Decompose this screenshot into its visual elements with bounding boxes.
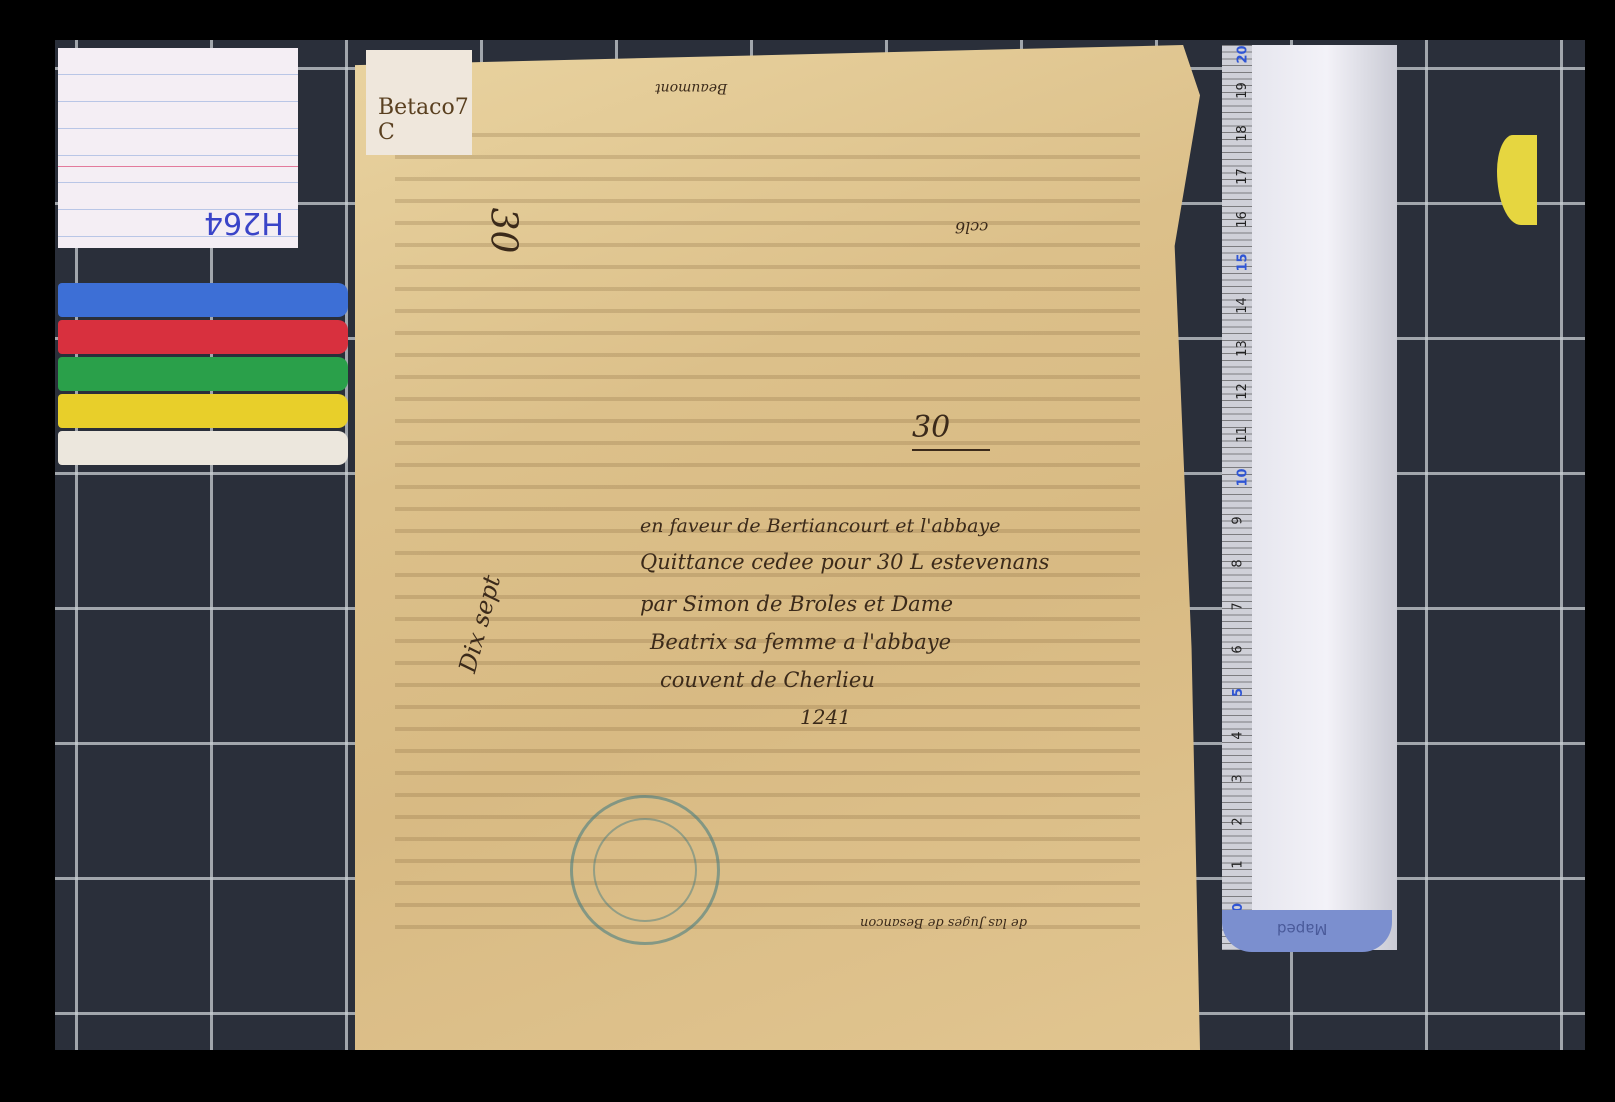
color-bar-blue: [58, 283, 348, 317]
ruler-label-15: 15: [1236, 253, 1251, 271]
ruler-label-18: 18: [1235, 125, 1250, 142]
ruler-label-13: 13: [1235, 340, 1250, 357]
ruler-brand: Maped: [1277, 920, 1327, 938]
bottom-note: de las Juges de Besancon: [860, 915, 1027, 930]
note-line-5: couvent de Cherlieu: [660, 668, 875, 692]
ruler-label-2: 2: [1231, 817, 1246, 825]
ruler-label-8: 8: [1231, 559, 1246, 567]
ruler-label-9: 9: [1231, 516, 1246, 524]
color-bar-white: [58, 431, 348, 465]
note-line-3: par Simon de Broles et Dame: [640, 592, 953, 616]
number-mark: 30: [912, 410, 990, 451]
year: 1241: [800, 705, 851, 729]
ruler-label-12: 12: [1235, 383, 1250, 400]
parchment-charter: [355, 45, 1200, 1050]
ruler: 0 1 2 3 4 5 6 7 8 9 10 11 12 13 14 15 16…: [1222, 45, 1397, 950]
archive-stamp: [570, 795, 720, 945]
color-bar-green: [58, 357, 348, 391]
ruler-label-11: 11: [1235, 426, 1250, 443]
ruler-label-3: 3: [1231, 774, 1246, 782]
index-card: H264: [58, 48, 298, 248]
card-margin-line: [58, 166, 298, 167]
ruler-label-6: 6: [1231, 645, 1246, 653]
archive-label-tag: Betaco7 C: [366, 50, 472, 155]
ruler-label-20: 20: [1236, 45, 1251, 63]
note-line-2: Quittance cedee pour 30 L estevenans: [640, 550, 1049, 574]
ruler-label-10: 10: [1236, 468, 1251, 486]
upper-right-note: ccl6: [955, 218, 988, 237]
ruler-label-7: 7: [1231, 602, 1246, 610]
index-code: H264: [204, 205, 284, 240]
ruler-label-1: 1: [1231, 860, 1246, 868]
ruler-label-14: 14: [1235, 297, 1250, 314]
margin-number: 30: [482, 208, 523, 254]
ruler-label-19: 19: [1235, 82, 1250, 99]
ruler-label-4: 4: [1231, 731, 1246, 739]
top-note: Beaumont: [655, 80, 727, 96]
color-bar-red: [58, 320, 348, 354]
ruler-label-17: 17: [1235, 168, 1250, 185]
ruler-label-16: 16: [1235, 211, 1250, 228]
ruler-label-5: 5: [1231, 688, 1246, 697]
note-line-1: en faveur de Bertiancourt et l'abbaye: [640, 515, 1000, 537]
note-line-4: Beatrix sa femme a l'abbaye: [650, 630, 951, 654]
ruler-grip: Maped: [1222, 910, 1392, 952]
color-bar-yellow: [58, 394, 348, 428]
